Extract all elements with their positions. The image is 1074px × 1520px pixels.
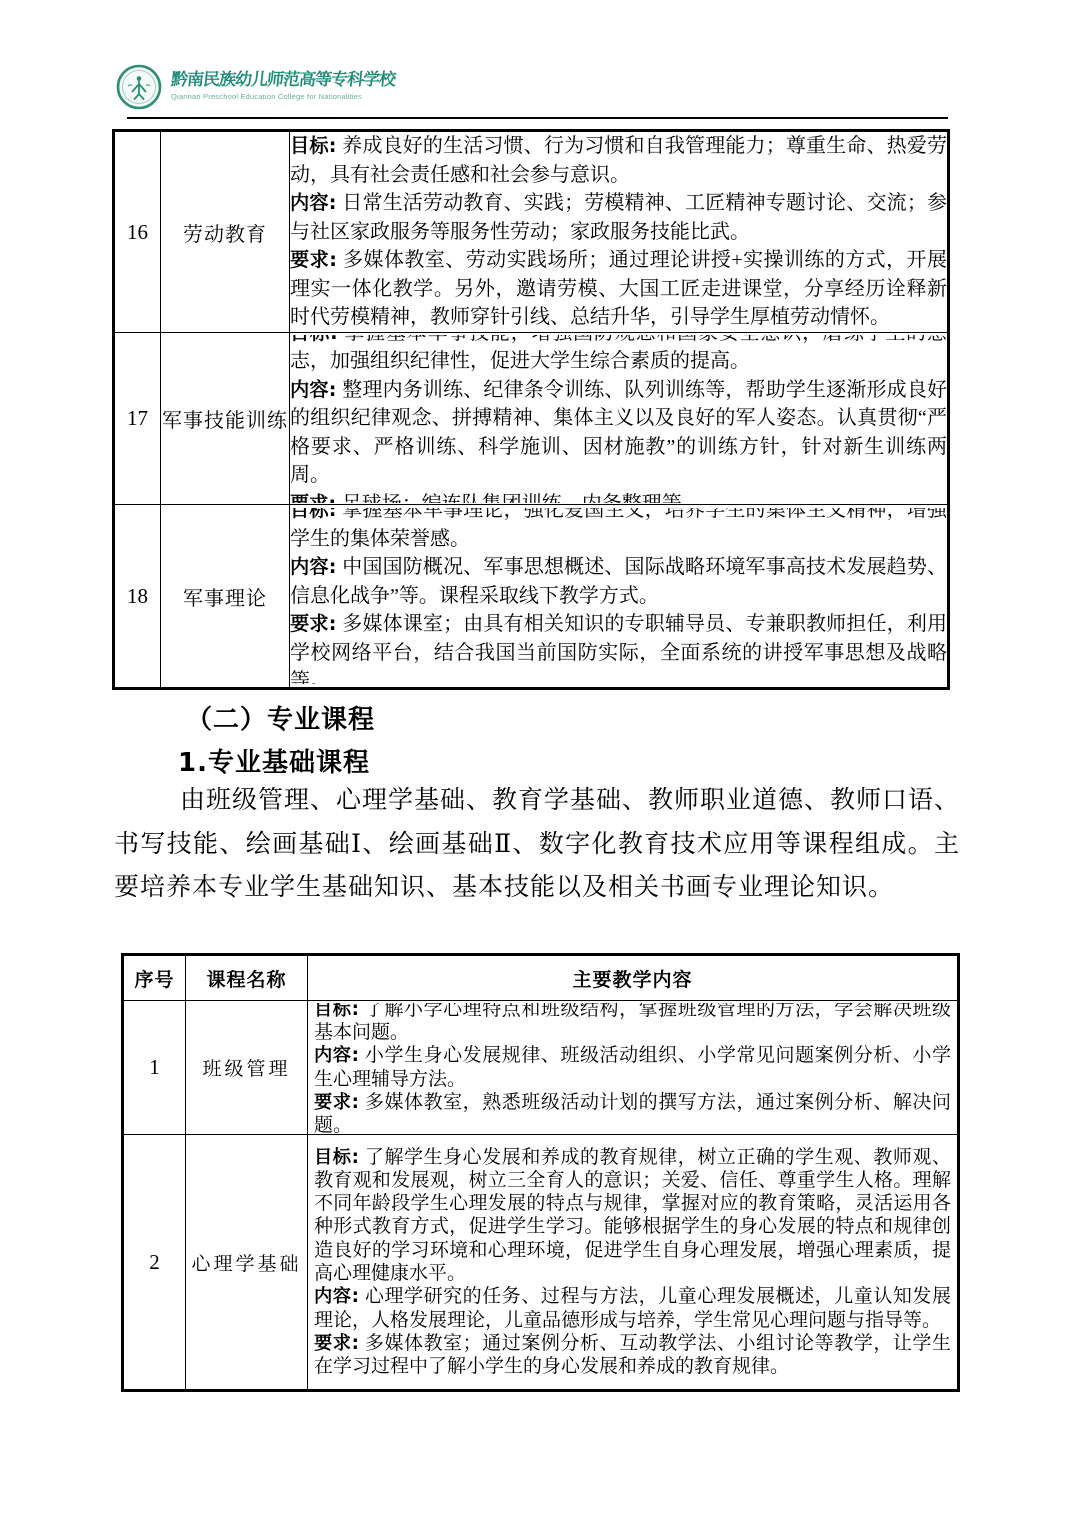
requirement-section: 要求:多媒体教室；通过案例分析、互动教学法、小组讨论等教学，让学生在学习过程中了…: [314, 1332, 951, 1379]
requirement-text: 多媒体教室；通过案例分析、互动教学法、小组讨论等教学，让学生在学习过程中了解小学…: [314, 1333, 951, 1377]
content-text: 中国国防概况、军事思想概述、国际战略环境军事高技术发展趋势、信息化战争”等。课程…: [290, 556, 947, 607]
course-content: 目标:了解学生身心发展和养成的教育规律，树立正确的学生观、教师观、教育观和发展观…: [308, 1135, 959, 1391]
row-number: 2: [123, 1135, 186, 1391]
table-row: 16 劳动教育 目标:养成良好的生活习惯、行为习惯和自我管理能力；尊重生命、热爱…: [114, 131, 949, 333]
goal-text: 了解小学心理特点和班级结构，掌握班级管理的方法，学会解决班级基本问题。: [314, 1003, 951, 1043]
content-section: 内容:日常生活劳动教育、实践；劳模精神、工匠精神专题讨论、交流；参与社区家政服务…: [290, 189, 947, 246]
table-row: 1 班级管理 目标:了解小学心理特点和班级结构，掌握班级管理的方法，学会解决班级…: [123, 1001, 959, 1135]
goal-label: 目标:: [290, 508, 336, 521]
goal-label: 目标:: [314, 1147, 359, 1168]
content-section: 内容:整理内务训练、纪律条令训练、队列训练等，帮助学生逐渐形成良好的组织纪律观念…: [290, 376, 947, 490]
course-name: 心理学基础: [186, 1135, 308, 1391]
content-text: 日常生活劳动教育、实践；劳模精神、工匠精神专题讨论、交流；参与社区家政服务等服务…: [290, 192, 947, 243]
content-section: 内容:小学生身心发展规律、班级活动组织、小学常见问题案例分析、小学生心理辅导方法…: [314, 1044, 951, 1091]
goal-label: 目标:: [290, 335, 338, 344]
requirement-section: 要求:多媒体教室，熟悉班级活动计划的撰写方法，通过案例分析、解决问题。: [314, 1091, 951, 1133]
goal-text: 掌握基本军事理论，强化爱国主义，培养学生的集体主义精神，增强学生的集体荣誉感。: [290, 508, 947, 550]
content-text: 小学生身心发展规律、班级活动组织、小学常见问题案例分析、小学生心理辅导方法。: [314, 1045, 951, 1089]
table-header-row: 序号 课程名称 主要教学内容: [123, 955, 959, 1001]
requirement-text: 多媒体教室，熟悉班级活动计划的撰写方法，通过案例分析、解决问题。: [314, 1092, 951, 1133]
requirement-label: 要求:: [314, 1333, 359, 1354]
school-logo: 黔南民族幼儿师范高等专科学校 Qiannan Preschool Educati…: [116, 64, 395, 110]
row-number: 18: [114, 505, 161, 689]
content-section: 内容:心理学研究的任务、过程与方法，儿童心理发展概述，儿童认知发展理论，人格发展…: [314, 1285, 951, 1332]
course-table-general: 16 劳动教育 目标:养成良好的生活习惯、行为习惯和自我管理能力；尊重生命、热爱…: [112, 129, 950, 690]
table-row: 17 军事技能训练 目标:掌握基本军事技能，增强国防观念和国家安全意识，磨练学生…: [114, 333, 949, 505]
row-number: 1: [123, 1001, 186, 1135]
school-emblem-icon: [116, 64, 162, 110]
course-name: 劳动教育: [161, 131, 290, 333]
header-divider-rule: [127, 117, 948, 119]
requirement-label: 要求:: [290, 612, 336, 635]
course-table-basic: 序号 课程名称 主要教学内容 1 班级管理 目标:了解小学心理特点和班级结构，掌…: [121, 953, 960, 1392]
document-page: 黔南民族幼儿师范高等专科学校 Qiannan Preschool Educati…: [0, 0, 1074, 1520]
school-name-chinese: 黔南民族幼儿师范高等专科学校: [170, 70, 396, 90]
goal-text: 养成良好的生活习惯、行为习惯和自我管理能力；尊重生命、热爱劳动，具有社会责任感和…: [290, 135, 947, 186]
goal-label: 目标:: [314, 1003, 359, 1020]
requirement-label: 要求:: [290, 248, 337, 271]
course-content: 目标:养成良好的生活习惯、行为习惯和自我管理能力；尊重生命、热爱劳动，具有社会责…: [290, 131, 949, 333]
content-text: 整理内务训练、纪律条令训练、队列训练等，帮助学生逐渐形成良好的组织纪律观念、拼搏…: [290, 379, 947, 487]
goal-section: 目标:了解学生身心发展和养成的教育规律，树立正确的学生观、教师观、教育观和发展观…: [314, 1146, 951, 1286]
course-content: 目标:掌握基本军事技能，增强国防观念和国家安全意识，磨练学生的意志，加强组织纪律…: [290, 333, 949, 505]
goal-label: 目标:: [290, 134, 336, 157]
section-heading-professional-courses: （二）专业课程: [186, 699, 375, 736]
requirement-label: 要求:: [290, 492, 336, 503]
goal-section: 目标:养成良好的生活习惯、行为习惯和自我管理能力；尊重生命、热爱劳动，具有社会责…: [290, 133, 947, 189]
goal-text: 了解学生身心发展和养成的教育规律，树立正确的学生观、教师观、教育观和发展观，树立…: [314, 1147, 951, 1284]
content-label: 内容:: [290, 191, 336, 214]
table-row: 18 军事理论 目标:掌握基本军事理论，强化爱国主义，培养学生的集体主义精神，增…: [114, 505, 949, 689]
intro-paragraph: 由班级管理、心理学基础、教育学基础、教师职业道德、教师口语、书写技能、绘画基础Ⅰ…: [114, 779, 960, 910]
row-number: 16: [114, 131, 161, 333]
school-name-block: 黔南民族幼儿师范高等专科学校 Qiannan Preschool Educati…: [171, 64, 395, 102]
content-text: 心理学研究的任务、过程与方法，儿童心理发展概述，儿童认知发展理论，人格发展理论，…: [314, 1286, 951, 1330]
table-row: 2 心理学基础 目标:了解学生身心发展和养成的教育规律，树立正确的学生观、教师观…: [123, 1135, 959, 1391]
col-header-number: 序号: [123, 955, 186, 1001]
row-number: 17: [114, 333, 161, 505]
requirement-label: 要求:: [314, 1092, 359, 1113]
goal-section: 目标:掌握基本军事理论，强化爱国主义，培养学生的集体主义精神，增强学生的集体荣誉…: [290, 508, 947, 553]
content-label: 内容:: [290, 555, 336, 578]
school-name-english: Qiannan Preschool Education College for …: [171, 92, 395, 102]
course-content: 目标:了解小学心理特点和班级结构，掌握班级管理的方法，学会解决班级基本问题。 内…: [308, 1001, 959, 1135]
course-name: 班级管理: [186, 1001, 308, 1135]
requirement-text: 多媒体教室、劳动实践场所；通过理论讲授+实操训练的方式，开展理实一体化教学。另外…: [290, 249, 947, 328]
content-label: 内容:: [314, 1286, 359, 1307]
subsection-heading-basic-courses: 1.专业基础课程: [178, 742, 370, 779]
content-section: 内容:中国国防概况、军事思想概述、国际战略环境军事高技术发展趋势、信息化战争”等…: [290, 553, 947, 610]
col-header-teaching-content: 主要教学内容: [308, 955, 959, 1001]
col-header-course-name: 课程名称: [186, 955, 308, 1001]
goal-text: 掌握基本军事技能，增强国防观念和国家安全意识，磨练学生的意志，加强组织纪律性，促…: [290, 335, 947, 373]
content-label: 内容:: [290, 378, 336, 401]
course-content: 目标:掌握基本军事理论，强化爱国主义，培养学生的集体主义精神，增强学生的集体荣誉…: [290, 505, 949, 689]
requirement-section: 要求:足球场；编连队集团训练、内务整理等。: [290, 490, 947, 503]
goal-section: 目标:掌握基本军事技能，增强国防观念和国家安全意识，磨练学生的意志，加强组织纪律…: [290, 335, 947, 376]
requirement-section: 要求:多媒体课室；由具有相关知识的专职辅导员、专兼职教师担任，利用学校网络平台，…: [290, 610, 947, 684]
course-name: 军事理论: [161, 505, 290, 689]
requirement-text: 多媒体课室；由具有相关知识的专职辅导员、专兼职教师担任，利用学校网络平台，结合我…: [290, 613, 947, 684]
course-name: 军事技能训练: [161, 333, 290, 505]
requirement-text: 足球场；编连队集团训练、内务整理等。: [342, 493, 702, 503]
goal-section: 目标:了解小学心理特点和班级结构，掌握班级管理的方法，学会解决班级基本问题。: [314, 1003, 951, 1045]
content-label: 内容:: [314, 1045, 359, 1066]
requirement-section: 要求:多媒体教室、劳动实践场所；通过理论讲授+实操训练的方式，开展理实一体化教学…: [290, 246, 947, 331]
